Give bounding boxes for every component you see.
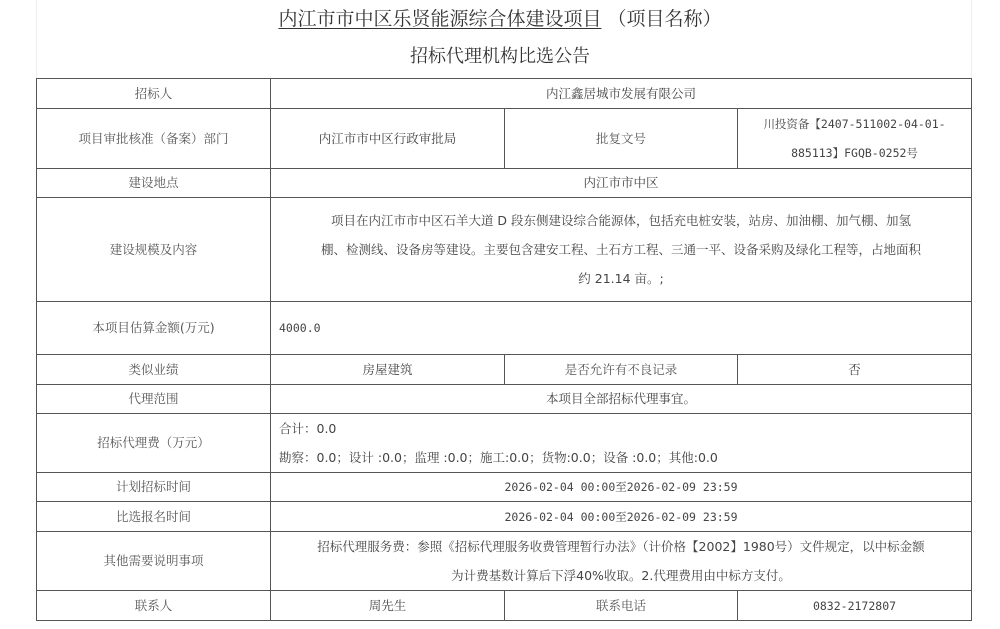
approval-doc-label: 批复文号 <box>505 109 738 169</box>
table-row-plan-time: 计划招标时间 2026-02-04 00:00至2026-02-09 23:59 <box>37 473 972 502</box>
scope-line2: 棚、检测线、设备房等建设。主要包含建安工程、土石方工程、三通一平、设备采购及绿化… <box>281 235 961 264</box>
phone-value: 0832-2172807 <box>738 591 972 621</box>
similar-performance-label: 类似业绩 <box>37 355 271 385</box>
approval-dept-value: 内江市市中区行政审批局 <box>271 109 505 169</box>
notice-title: 招标代理机构比选公告 <box>0 44 1000 70</box>
notice-table: 招标人 内江鑫居城市发展有限公司 项目审批核准（备案）部门 内江市市中区行政审批… <box>36 78 972 621</box>
bad-record-value: 否 <box>738 355 972 385</box>
other-notes-label: 其他需要说明事项 <box>37 532 271 591</box>
location-value: 内江市市中区 <box>271 169 972 198</box>
approval-doc-value: 川投资备【2407-511002-04-01- 885113】FGQB-0252… <box>738 109 972 169</box>
table-row-performance: 类似业绩 房屋建筑 是否允许有不良记录 否 <box>37 355 972 385</box>
other-notes-line2: 为计费基数计算后下浮40%收取。2.代理费用由中标方支付。 <box>279 561 963 590</box>
contact-label: 联系人 <box>37 591 271 621</box>
phone-label: 联系电话 <box>505 591 738 621</box>
agency-scope-label: 代理范围 <box>37 385 271 414</box>
approval-dept-label: 项目审批核准（备案）部门 <box>37 109 271 169</box>
table-row-location: 建设地点 内江市市中区 <box>37 169 972 198</box>
estimate-label: 本项目估算金额(万元) <box>37 302 271 355</box>
project-name-suffix: （项目名称） <box>608 8 722 30</box>
table-row-estimate: 本项目估算金额(万元) 4000.0 <box>37 302 972 355</box>
other-notes-value: 招标代理服务费：参照《招标代理服务收费管理暂行办法》（计价格【2002】1980… <box>271 532 972 591</box>
bad-record-label: 是否允许有不良记录 <box>505 355 738 385</box>
table-row-contact: 联系人 周先生 联系电话 0832-2172807 <box>37 591 972 621</box>
agency-fee-label: 招标代理费（万元） <box>37 414 271 473</box>
table-row-other-notes: 其他需要说明事项 招标代理服务费：参照《招标代理服务收费管理暂行办法》（计价格【… <box>37 532 972 591</box>
table-row-agency-scope: 代理范围 本项目全部招标代理事宜。 <box>37 385 972 414</box>
estimate-value: 4000.0 <box>271 302 972 355</box>
approval-doc-line2: 885113】FGQB-0252号 <box>746 139 963 168</box>
scope-value: 项目在内江市市中区石羊大道 D 段东侧建设综合能源体，包括充电桩安装，站房、加油… <box>271 198 972 302</box>
location-label: 建设地点 <box>37 169 271 198</box>
tenderer-label: 招标人 <box>37 79 271 109</box>
tenderer-value: 内江鑫居城市发展有限公司 <box>271 79 972 109</box>
table-row-agency-fee: 招标代理费（万元） 合计：0.0 勘察：0.0；设计 :0.0；监理 :0.0；… <box>37 414 972 473</box>
agency-fee-breakdown: 勘察：0.0；设计 :0.0；监理 :0.0；施工:0.0；货物:0.0；设备 … <box>279 443 963 472</box>
signup-time-value: 2026-02-04 00:00至2026-02-09 23:59 <box>271 502 972 532</box>
page-title: 内江市市中区乐贤能源综合体建设项目 （项目名称） <box>0 6 1000 32</box>
plan-time-label: 计划招标时间 <box>37 473 271 502</box>
agency-fee-total: 合计：0.0 <box>279 414 963 443</box>
contact-value: 周先生 <box>271 591 505 621</box>
signup-time-label: 比选报名时间 <box>37 502 271 532</box>
project-name: 内江市市中区乐贤能源综合体建设项目 <box>278 8 601 30</box>
similar-performance-value: 房屋建筑 <box>271 355 505 385</box>
table-row-tenderer: 招标人 内江鑫居城市发展有限公司 <box>37 79 972 109</box>
table-row-signup-time: 比选报名时间 2026-02-04 00:00至2026-02-09 23:59 <box>37 502 972 532</box>
table-row-approval: 项目审批核准（备案）部门 内江市市中区行政审批局 批复文号 川投资备【2407-… <box>37 109 972 169</box>
agency-fee-value: 合计：0.0 勘察：0.0；设计 :0.0；监理 :0.0；施工:0.0；货物:… <box>271 414 972 473</box>
scope-label: 建设规模及内容 <box>37 198 271 302</box>
agency-scope-value: 本项目全部招标代理事宜。 <box>271 385 972 414</box>
scope-line3: 约 21.14 亩。; <box>281 264 961 293</box>
approval-doc-line1: 川投资备【2407-511002-04-01- <box>746 110 963 139</box>
table-row-scope: 建设规模及内容 项目在内江市市中区石羊大道 D 段东侧建设综合能源体，包括充电桩… <box>37 198 972 302</box>
scope-line1: 项目在内江市市中区石羊大道 D 段东侧建设综合能源体，包括充电桩安装，站房、加油… <box>281 206 961 235</box>
other-notes-line1: 招标代理服务费：参照《招标代理服务收费管理暂行办法》（计价格【2002】1980… <box>279 532 963 561</box>
plan-time-value: 2026-02-04 00:00至2026-02-09 23:59 <box>271 473 972 502</box>
